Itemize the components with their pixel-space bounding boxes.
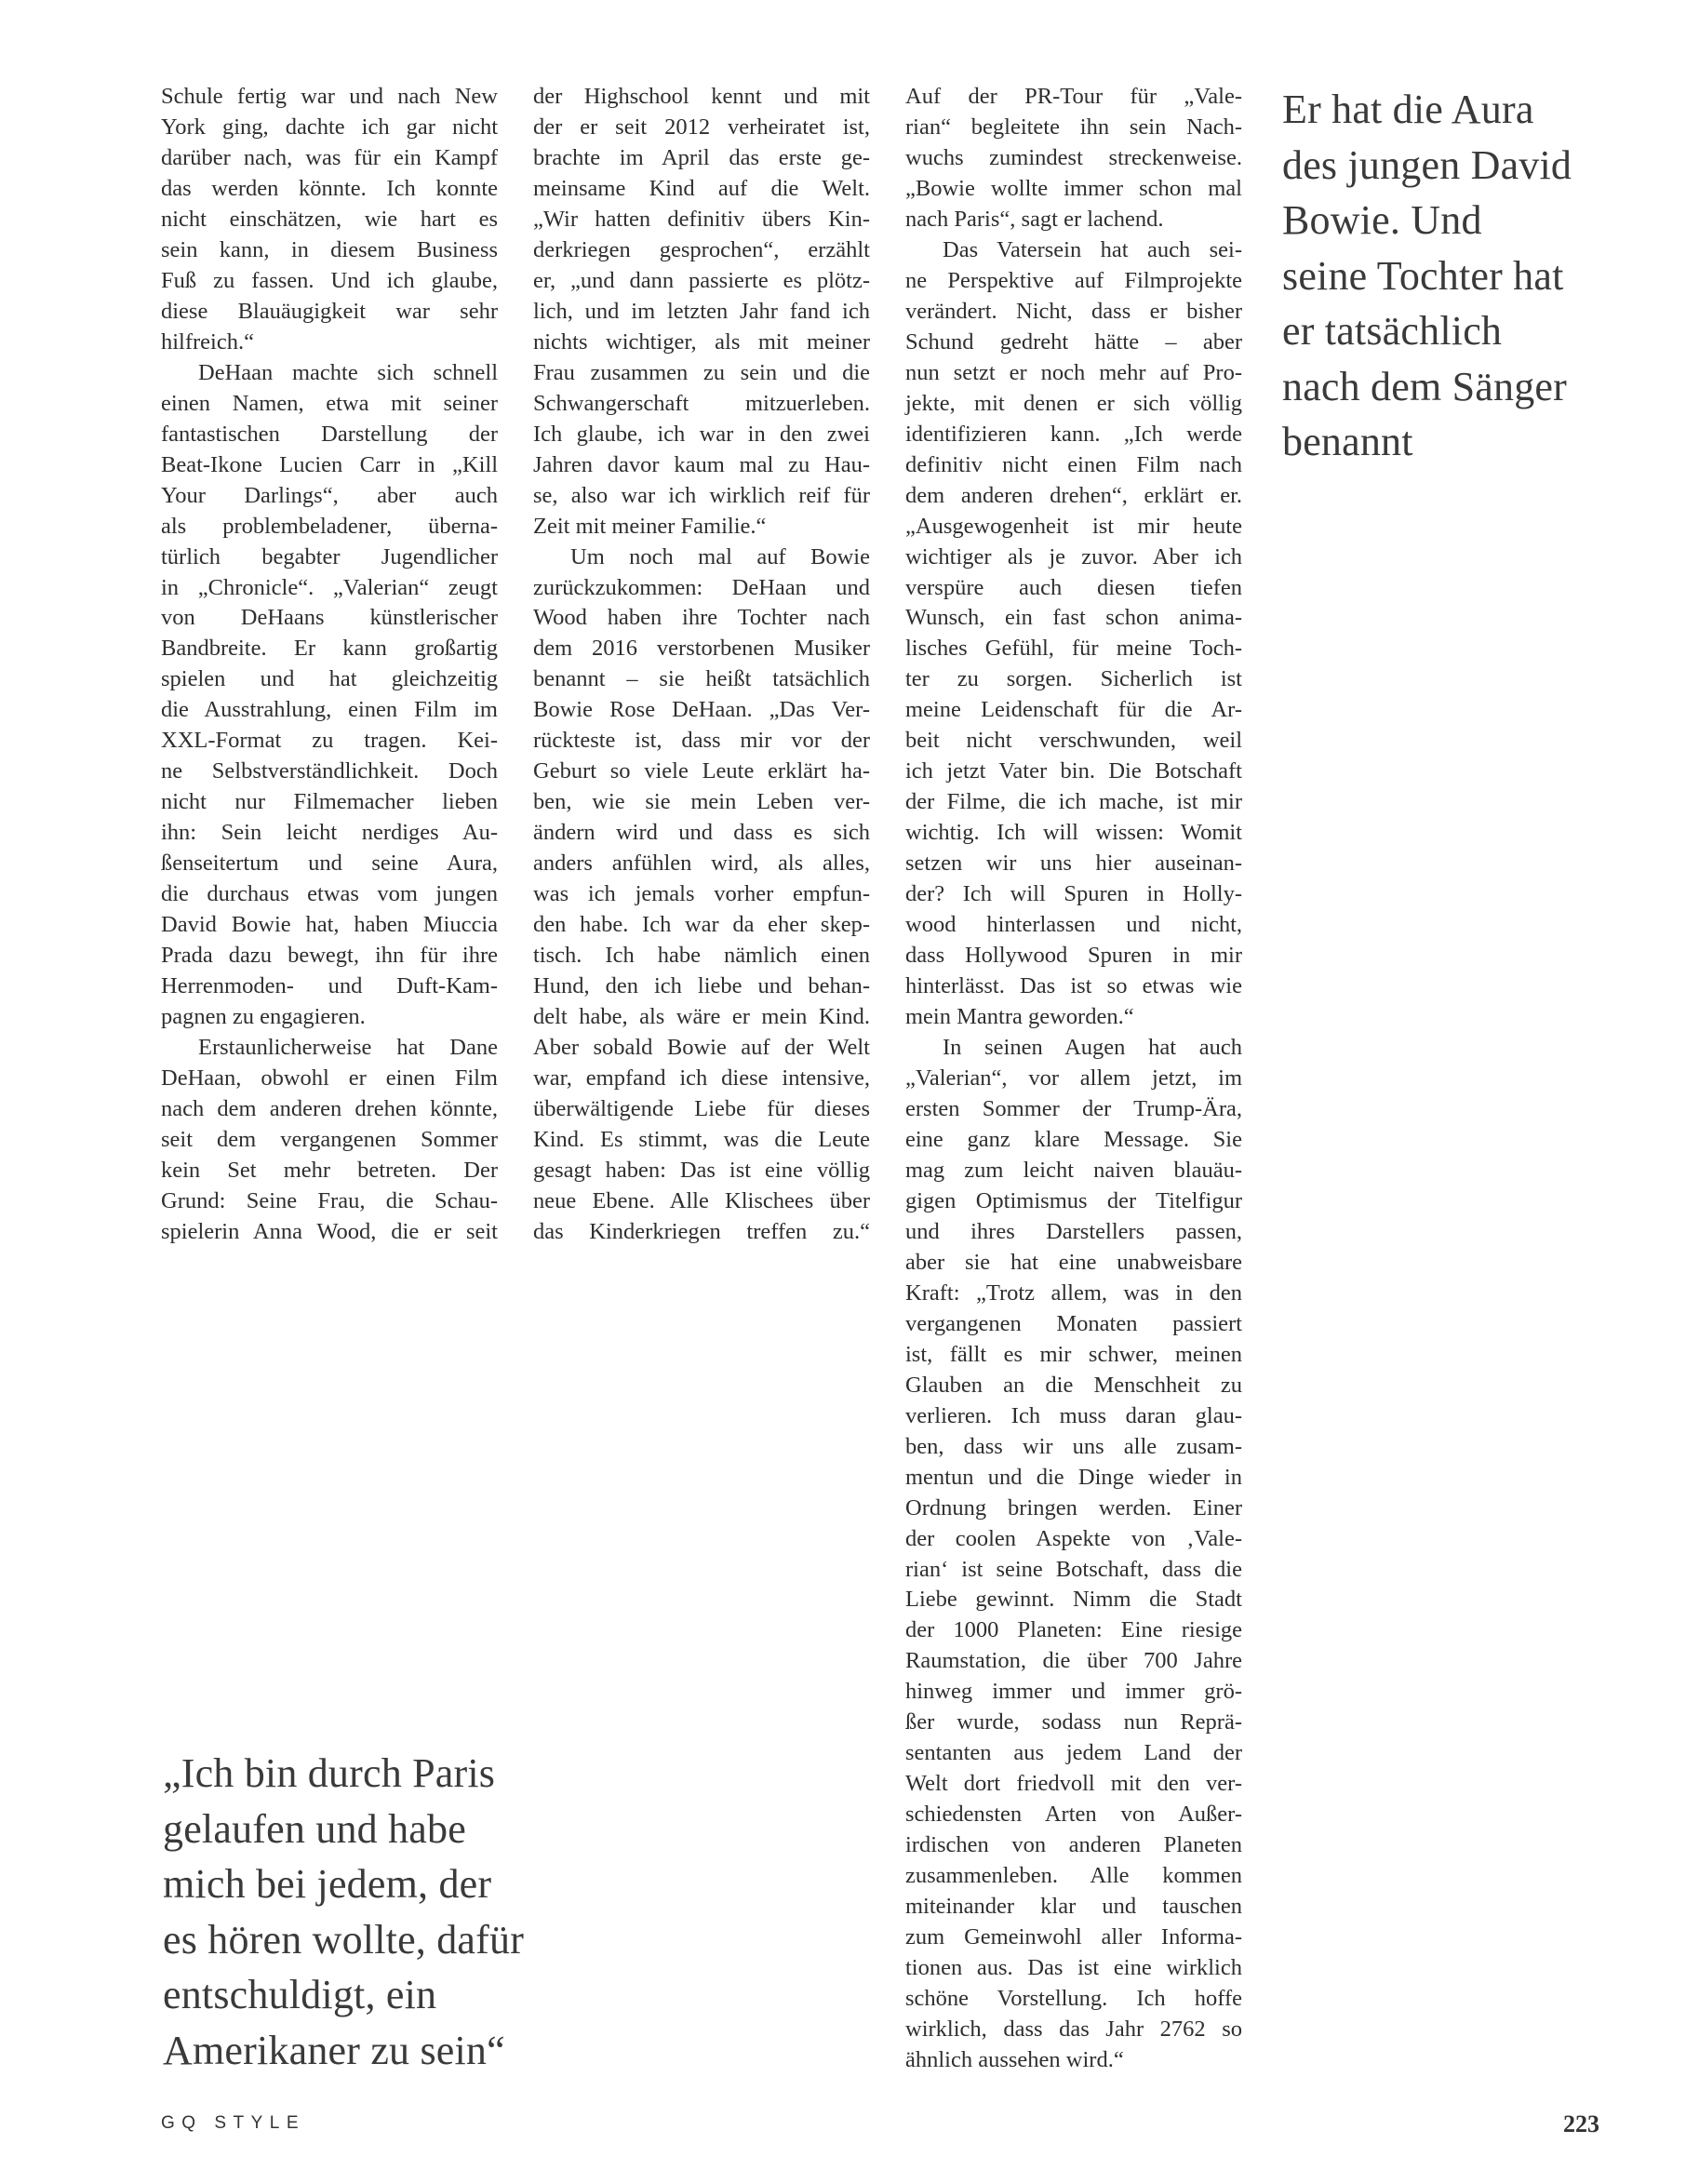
article-text-line: Prada dazu bewegt, ihn für ihre	[161, 941, 498, 971]
article-text-line: ßenseitertum und seine Aura,	[161, 849, 498, 879]
article-text-line: sein kann, in diesem Business	[161, 235, 498, 266]
article-text-line: rian“ begleitete ihn sein Nach-	[905, 113, 1242, 143]
article-text-line: einen Namen, etwa mit seiner	[161, 389, 498, 420]
article-text-line: der er seit 2012 verheiratet ist,	[533, 113, 870, 143]
article-text-line: aber sie hat eine unabweisbare	[905, 1248, 1242, 1279]
article-text-line: zurückzukommen: DeHaan und	[533, 573, 870, 604]
article-text-line: hinterlässt. Das ist so etwas wie	[905, 971, 1242, 1002]
article-text-line: überwältigende Liebe für dieses	[533, 1094, 870, 1125]
pull-quote-line: seine Tochter hat	[1282, 248, 1572, 304]
article-text-line: ähnlich aussehen wird.“	[905, 2045, 1242, 2076]
article-text-line: der Filme, die ich mache, ist mir	[905, 787, 1242, 818]
article-text-line: Beat-Ikone Lucien Carr in „Kill	[161, 450, 498, 481]
article-text-line: mein Mantra geworden.“	[905, 1002, 1242, 1033]
article-text-line: lich, und im letzten Jahr fand ich	[533, 297, 870, 328]
pull-quote-left: „Ich bin durch Paris gelaufen und habe m…	[163, 1746, 524, 2078]
article-text-line: ersten Sommer der Trump-Ära,	[905, 1094, 1242, 1125]
article-text-line: sentanten aus jedem Land der	[905, 1738, 1242, 1769]
article-text-line: David Bowie hat, haben Miuccia	[161, 910, 498, 941]
pull-quote-line: Bowie. Und	[1282, 193, 1572, 248]
article-text-line: Schule fertig war und nach New	[161, 82, 498, 113]
article-text-line: Das Vatersein hat auch sei-	[905, 235, 1242, 266]
article-text-line: Erstaunlicherweise hat Dane	[161, 1033, 498, 1064]
article-text-line: fantastischen Darstellung der	[161, 420, 498, 450]
article-text-line: brachte im April das erste ge-	[533, 143, 870, 174]
article-text-line: ändern wird und dass es sich	[533, 818, 870, 849]
article-text-line: der? Ich will Spuren in Holly-	[905, 879, 1242, 910]
article-text-line: Jahren davor kaum mal zu Hau-	[533, 450, 870, 481]
article-text-line: Fuß zu fassen. Und ich glaube,	[161, 266, 498, 297]
article-text-line: wichtig. Ich will wissen: Womit	[905, 818, 1242, 849]
article-text-line: Hund, den ich liebe und behan-	[533, 971, 870, 1002]
article-text-line: nicht einschätzen, wie hart es	[161, 205, 498, 235]
article-text-line: Wunsch, ein fast schon anima-	[905, 603, 1242, 634]
article-text-line: mentun und die Dinge wieder in	[905, 1463, 1242, 1494]
article-text-line: jekte, mit denen er sich völlig	[905, 389, 1242, 420]
article-text-line: dem 2016 verstorbenen Musiker	[533, 634, 870, 664]
article-text-line: wirklich, dass das Jahr 2762 so	[905, 2015, 1242, 2045]
article-text-line: ihn: Sein leicht nerdiges Au-	[161, 818, 498, 849]
article-text-line: gesagt haben: Das ist eine völlig	[533, 1156, 870, 1186]
article-text-line: verändert. Nicht, dass er bisher	[905, 297, 1242, 328]
article-text-line: delt habe, als wäre er mein Kind.	[533, 1002, 870, 1033]
article-text-line: seit dem vergangenen Sommer	[161, 1125, 498, 1156]
article-text-line: beit nicht verschwunden, weil	[905, 726, 1242, 757]
article-text-line: lisches Gefühl, für meine Toch-	[905, 634, 1242, 664]
article-text-line: der coolen Aspekte von ‚Vale-	[905, 1524, 1242, 1555]
article-text-line: Glauben an die Menschheit zu	[905, 1371, 1242, 1401]
article-text-line: XXL-Format zu tragen. Kei-	[161, 726, 498, 757]
article-text-line: Schwangerschaft mitzuerleben.	[533, 389, 870, 420]
pull-quote-right: Er hat die Aura des jungen David Bowie. …	[1282, 82, 1572, 470]
article-text-line: ne Perspektive auf Filmprojekte	[905, 266, 1242, 297]
article-text-line: Your Darlings“, aber auch	[161, 481, 498, 512]
article-text-line: Bowie Rose DeHaan. „Das Ver-	[533, 695, 870, 726]
article-text-line: Aber sobald Bowie auf der Welt	[533, 1033, 870, 1064]
article-text-line: Kraft: „Trotz allem, was in den	[905, 1279, 1242, 1309]
article-text-line: miteinander klar und tauschen	[905, 1892, 1242, 1923]
article-column-1: Schule fertig war und nach NewYork ging,…	[161, 82, 498, 1248]
article-text-line: se, also war ich wirklich reif für	[533, 481, 870, 512]
article-text-line: das Kinderkriegen treffen zu.“	[533, 1217, 870, 1248]
article-text-line: Bandbreite. Er kann großartig	[161, 634, 498, 664]
article-text-line: eine ganz klare Message. Sie	[905, 1125, 1242, 1156]
article-text-line: setzen wir uns hier auseinan-	[905, 849, 1242, 879]
article-text-line: von DeHaans künstlerischer	[161, 603, 498, 634]
article-text-line: „Valerian“, vor allem jetzt, im	[905, 1064, 1242, 1094]
article-text-line: Wood haben ihre Tochter nach	[533, 603, 870, 634]
article-text-line: die Ausstrahlung, einen Film im	[161, 695, 498, 726]
article-text-line: Um noch mal auf Bowie	[533, 543, 870, 573]
article-text-line: ter zu sorgen. Sicherlich ist	[905, 664, 1242, 695]
article-text-line: In seinen Augen hat auch	[905, 1033, 1242, 1064]
article-text-line: spielerin Anna Wood, die er seit	[161, 1217, 498, 1248]
article-text-line: neue Ebene. Alle Klischees über	[533, 1186, 870, 1217]
article-text-line: ßer wurde, sodass nun Reprä-	[905, 1708, 1242, 1738]
article-text-line: ben, dass wir uns alle zusam-	[905, 1432, 1242, 1463]
article-text-line: der Highschool kennt und mit	[533, 82, 870, 113]
article-text-line: schiedensten Arten von Außer-	[905, 1800, 1242, 1830]
article-text-line: Welt dort friedvoll mit den ver-	[905, 1769, 1242, 1800]
pull-quote-line: gelaufen und habe	[163, 1802, 524, 1857]
pull-quote-line: Er hat die Aura	[1282, 82, 1572, 138]
article-text-line: DeHaan, obwohl er einen Film	[161, 1064, 498, 1094]
article-text-line: schöne Vorstellung. Ich hoffe	[905, 1984, 1242, 2015]
article-text-line: Ich glaube, ich war in den zwei	[533, 420, 870, 450]
article-text-line: meine Leidenschaft für die Ar-	[905, 695, 1242, 726]
article-text-line: „Ausgewogenheit ist mir heute	[905, 512, 1242, 543]
article-text-line: wichtiger als je zuvor. Aber ich	[905, 543, 1242, 573]
page-number: 223	[1563, 2110, 1599, 2138]
article-text-line: „Bowie wollte immer schon mal	[905, 174, 1242, 205]
article-text-line: rian‘ ist seine Botschaft, dass die	[905, 1555, 1242, 1586]
article-text-line: dem anderen drehen“, erklärt er.	[905, 481, 1242, 512]
article-text-line: York ging, dachte ich gar nicht	[161, 113, 498, 143]
article-text-line: zusammenleben. Alle kommen	[905, 1861, 1242, 1892]
article-text-line: war, empfand ich diese intensive,	[533, 1064, 870, 1094]
article-text-line: hinweg immer und immer grö-	[905, 1677, 1242, 1708]
article-text-line: wood hinterlassen und nicht,	[905, 910, 1242, 941]
article-text-line: rückteste ist, dass mir vor der	[533, 726, 870, 757]
article-text-line: nicht nur Filmemacher lieben	[161, 787, 498, 818]
article-text-line: den habe. Ich war da eher skep-	[533, 910, 870, 941]
footer-magazine-name: GQ STYLE	[161, 2113, 305, 2134]
pull-quote-line: er tatsächlich	[1282, 303, 1572, 359]
article-text-line: gigen Optimismus der Titelfigur	[905, 1186, 1242, 1217]
pull-quote-line: Amerikaner zu sein“	[163, 2023, 524, 2079]
article-text-line: irdischen von anderen Planeten	[905, 1830, 1242, 1861]
article-text-line: verspüre auch diesen tiefen	[905, 573, 1242, 604]
article-text-line: ist, fällt es mir schwer, meinen	[905, 1340, 1242, 1371]
pull-quote-line: es hören wollte, dafür	[163, 1912, 524, 1968]
article-text-line: türlich begabter Jugendlicher	[161, 543, 498, 573]
article-text-line: tionen aus. Das ist eine wirklich	[905, 1953, 1242, 1984]
pull-quote-line: entschuldigt, ein	[163, 1967, 524, 2023]
article-text-line: dass Hollywood Spuren in mir	[905, 941, 1242, 971]
pull-quote-line: nach dem Sänger	[1282, 359, 1572, 415]
article-text-line: als problembeladener, überna-	[161, 512, 498, 543]
article-text-line: ben, wie sie mein Leben ver-	[533, 787, 870, 818]
article-text-line: in „Chronicle“. „Valerian“ zeugt	[161, 573, 498, 604]
article-text-line: hilfreich.“	[161, 328, 498, 358]
article-text-line: Auf der PR-Tour für „Vale-	[905, 82, 1242, 113]
article-text-line: nach dem anderen drehen könnte,	[161, 1094, 498, 1125]
article-text-line: meinsame Kind auf die Welt.	[533, 174, 870, 205]
article-column-3: Auf der PR-Tour für „Vale-rian“ begleite…	[905, 82, 1242, 2076]
article-text-line: zum Gemeinwohl aller Informa-	[905, 1923, 1242, 1953]
article-text-line: Geburt so viele Leute erklärt ha-	[533, 757, 870, 787]
article-text-line: Liebe gewinnt. Nimm die Stadt	[905, 1585, 1242, 1615]
pull-quote-line: mich bei jedem, der	[163, 1856, 524, 1912]
article-text-line: nach Paris“, sagt er lachend.	[905, 205, 1242, 235]
article-text-line: das werden könnte. Ich konnte	[161, 174, 498, 205]
pull-quote-line: benannt	[1282, 414, 1572, 470]
article-column-2: der Highschool kennt und mitder er seit …	[533, 82, 870, 1248]
article-text-line: ne Selbstverständlichkeit. Doch	[161, 757, 498, 787]
article-text-line: mag zum leicht naiven blauäu-	[905, 1156, 1242, 1186]
article-text-line: ich jetzt Vater bin. Die Botschaft	[905, 757, 1242, 787]
article-text-line: Schund gedreht hätte – aber	[905, 328, 1242, 358]
article-text-line: identifizieren kann. „Ich werde	[905, 420, 1242, 450]
article-text-line: „Wir hatten definitiv übers Kin-	[533, 205, 870, 235]
article-text-line: Herrenmoden- und Duft-Kam-	[161, 971, 498, 1002]
article-text-line: nichts wichtiger, als mit meiner	[533, 328, 870, 358]
article-text-line: Zeit mit meiner Familie.“	[533, 512, 870, 543]
article-text-line: Kind. Es stimmt, was die Leute	[533, 1125, 870, 1156]
pull-quote-line: „Ich bin durch Paris	[163, 1746, 524, 1802]
pull-quote-line: des jungen David	[1282, 138, 1572, 194]
article-text-line: wuchs zumindest streckenweise.	[905, 143, 1242, 174]
article-text-line: derkriegen gesprochen“, erzählt	[533, 235, 870, 266]
article-text-line: der 1000 Planeten: Eine riesige	[905, 1615, 1242, 1646]
article-text-line: und ihres Darstellers passen,	[905, 1217, 1242, 1248]
article-text-line: diese Blauäugigkeit war sehr	[161, 297, 498, 328]
article-text-line: Ordnung bringen werden. Einer	[905, 1494, 1242, 1524]
article-text-line: die durchaus etwas vom jungen	[161, 879, 498, 910]
article-text-line: tisch. Ich habe nämlich einen	[533, 941, 870, 971]
article-text-line: anders anfühlen wird, als alles,	[533, 849, 870, 879]
article-text-line: Raumstation, die über 700 Jahre	[905, 1646, 1242, 1677]
article-text-line: spielen und hat gleichzeitig	[161, 664, 498, 695]
article-text-line: darüber nach, was für ein Kampf	[161, 143, 498, 174]
article-text-line: benannt – sie heißt tatsächlich	[533, 664, 870, 695]
article-text-line: er, „und dann passierte es plötz-	[533, 266, 870, 297]
article-text-line: verlieren. Ich muss daran glau-	[905, 1401, 1242, 1432]
article-text-line: was ich jemals vorher empfun-	[533, 879, 870, 910]
article-text-line: kein Set mehr betreten. Der	[161, 1156, 498, 1186]
article-text-line: pagnen zu engagieren.	[161, 1002, 498, 1033]
article-text-line: DeHaan machte sich schnell	[161, 358, 498, 389]
article-text-line: Grund: Seine Frau, die Schau-	[161, 1186, 498, 1217]
article-text-line: vergangenen Monaten passiert	[905, 1309, 1242, 1340]
article-text-line: Frau zusammen zu sein und die	[533, 358, 870, 389]
article-text-line: nun setzt er noch mehr auf Pro-	[905, 358, 1242, 389]
article-text-line: definitiv nicht einen Film nach	[905, 450, 1242, 481]
